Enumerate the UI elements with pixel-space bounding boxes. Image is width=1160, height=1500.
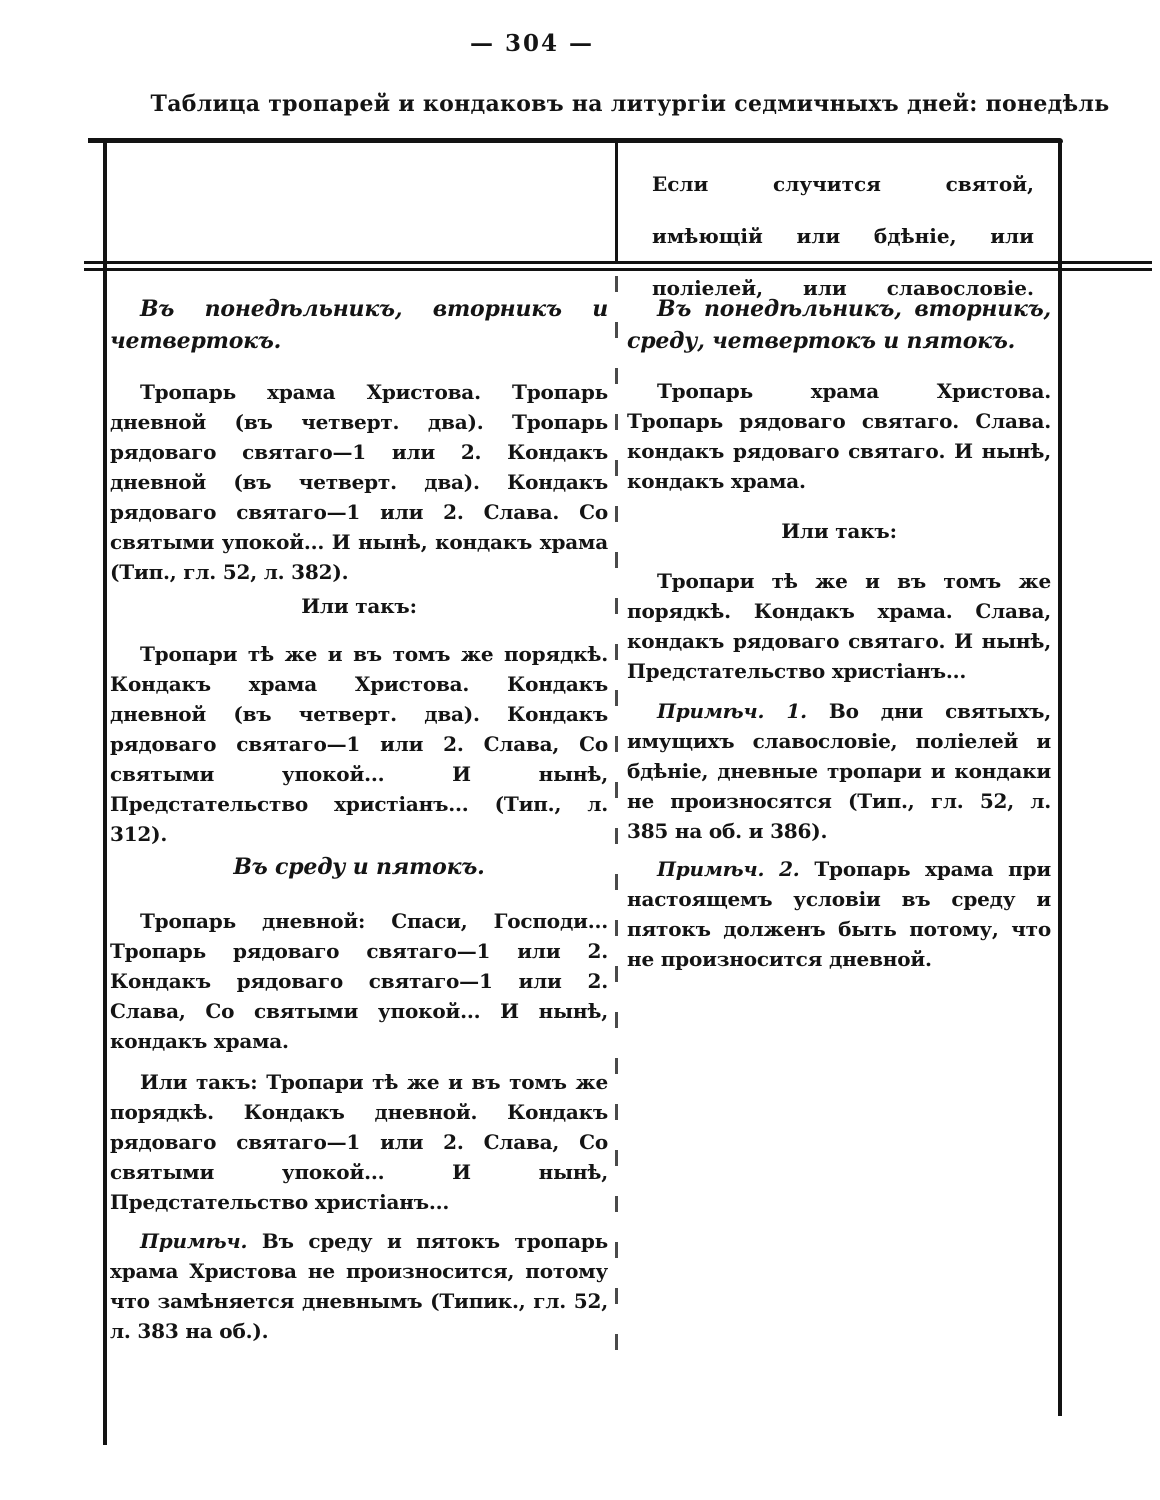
rubric-paragraph: Тропари тѣ же и въ томъ же порядкѣ. Конд…: [627, 566, 1051, 686]
table-top-border: [88, 138, 1063, 143]
day-heading: Въ понедѣльникъ, вторникъ и четвертокъ.: [110, 293, 608, 357]
note-label: Примѣч. 2.: [657, 857, 800, 881]
rubric-paragraph: Или такъ: Тропари тѣ же и въ томъ же пор…: [110, 1067, 608, 1217]
scanned-book-page: — 304 — Таблица тропарей и кондаковъ на …: [0, 0, 1160, 1500]
rubric-paragraph: Тропарь храма Христова. Тропарь дневной …: [110, 377, 608, 587]
table-column-right: Въ понедѣльникъ, вторникъ, среду, четвер…: [627, 293, 1051, 974]
table-header-right-cell: Если случится святой, имѣющій или бдѣніе…: [652, 158, 1034, 314]
or-so-label: Или такъ:: [627, 516, 1051, 546]
table-left-border: [103, 140, 107, 1445]
column-divider-header: [615, 143, 618, 264]
page-title: Таблица тропарей и кондаковъ на литургіи…: [150, 91, 1110, 117]
note-paragraph: Примѣч. 1. Во дни святыхъ, имущихъ славо…: [627, 696, 1051, 846]
page-number: — 304 —: [0, 30, 1064, 57]
or-so-label: Или такъ:: [110, 591, 608, 621]
note-paragraph: Примѣч. Въ среду и пятокъ тропарь храма …: [110, 1226, 608, 1346]
table-column-left: Въ понедѣльникъ, вторникъ и четвертокъ. …: [110, 293, 608, 1346]
day-heading: Въ понедѣльникъ, вторникъ, среду, четвер…: [627, 293, 1051, 357]
table-right-border: [1058, 142, 1062, 1416]
note-label: Примѣч. 1.: [657, 699, 807, 723]
note-paragraph: Примѣч. 2. Тропарь храма при настоящемъ …: [627, 854, 1051, 974]
day-heading: Въ среду и пятокъ.: [110, 852, 608, 882]
rubric-paragraph: Тропари тѣ же и въ томъ же порядкѣ. Конд…: [110, 639, 608, 849]
rubric-paragraph: Тропарь дневной: Спаси, Господи... Тропа…: [110, 906, 608, 1056]
column-divider-dashed: [615, 276, 618, 1372]
rubric-paragraph: Тропарь храма Христова. Тропарь рядоваго…: [627, 376, 1051, 496]
note-label: Примѣч.: [140, 1229, 247, 1253]
